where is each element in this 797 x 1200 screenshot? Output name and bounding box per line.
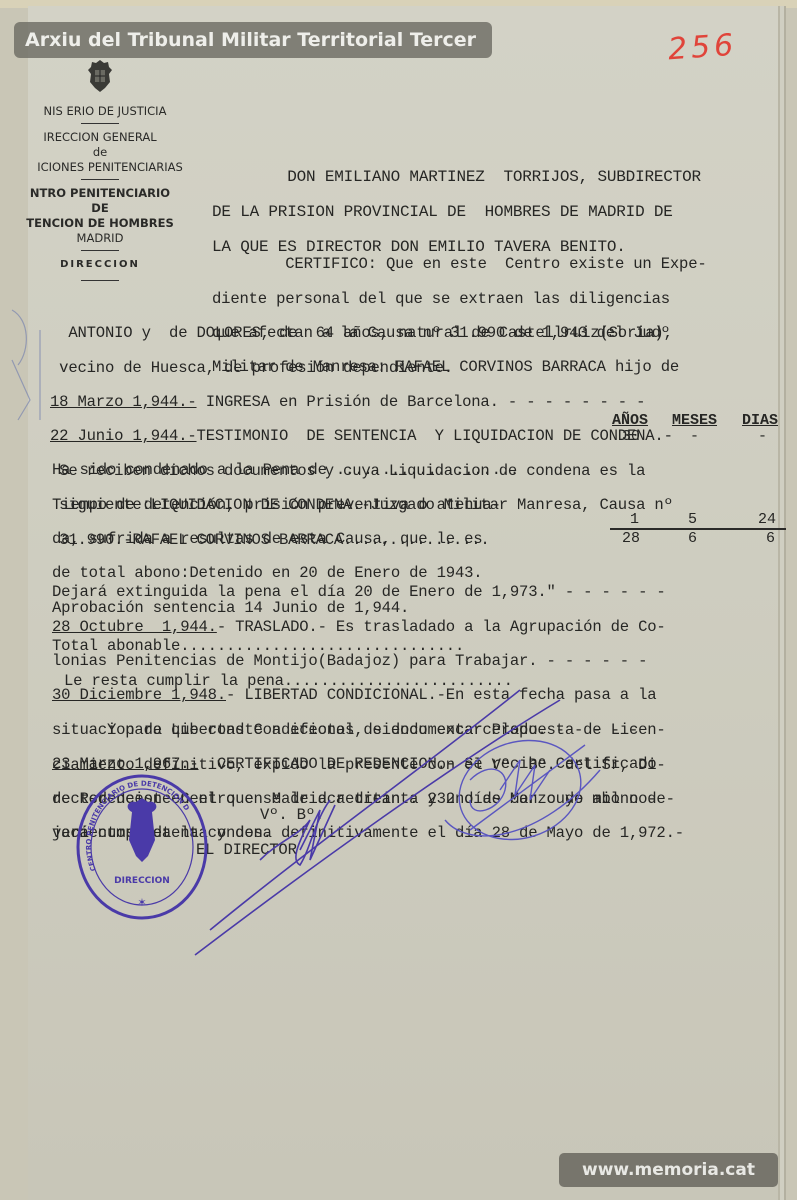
stamp-center-text: DIRECCION xyxy=(114,876,170,886)
svg-text:✶: ✶ xyxy=(137,896,146,909)
archive-watermark: Arxiu del Tribunal Militar Territorial T… xyxy=(14,22,492,58)
director-signature xyxy=(195,690,560,955)
svg-text:CENTRO PENITENCIARIO DE DETENC: CENTRO PENITENCIARIO DE DETENCION DE xyxy=(0,0,191,872)
site-badge-link[interactable]: www.memoria.cat xyxy=(559,1153,778,1187)
margin-pencil-marks xyxy=(12,310,40,420)
subdirector-signature xyxy=(445,725,600,855)
official-stamp: DIRECCION ✶ CENTRO PENITENCIARIO DE DETE… xyxy=(0,0,206,918)
ink-markings: DIRECCION ✶ CENTRO PENITENCIARIO DE DETE… xyxy=(0,0,797,1200)
